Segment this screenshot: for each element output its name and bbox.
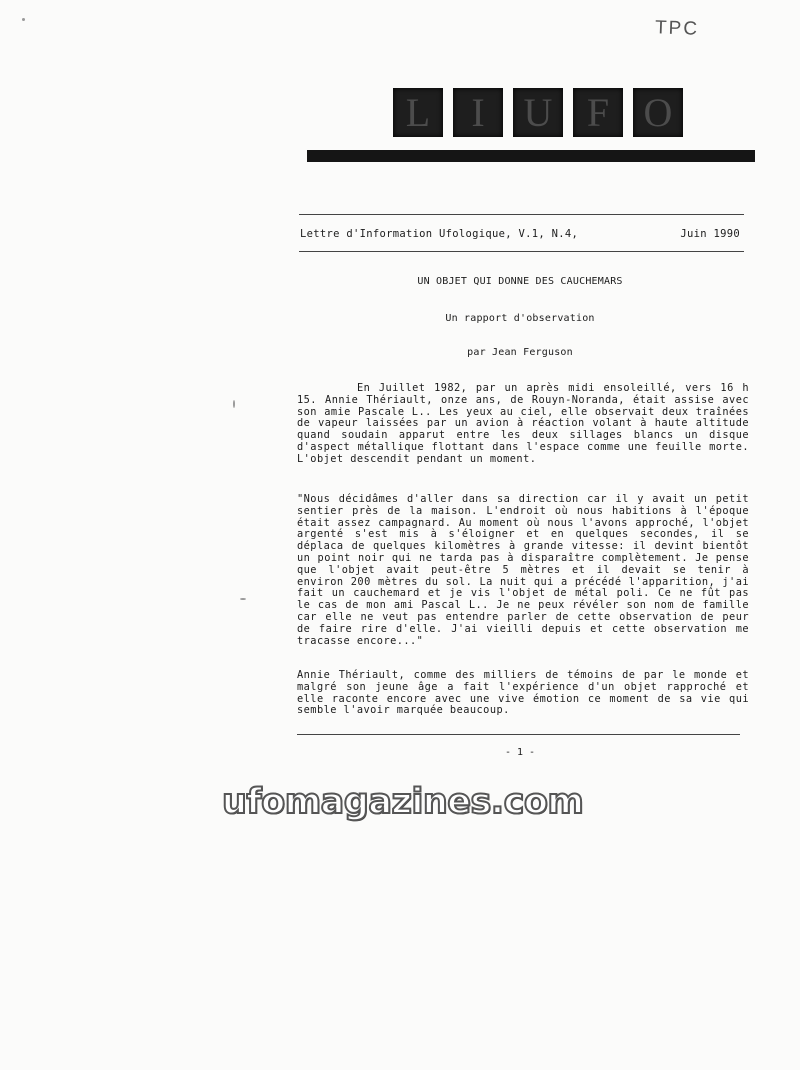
newsletter-logo: L I U F O xyxy=(393,88,683,137)
issue-date: Juin 1990 xyxy=(680,228,740,240)
banner-bar xyxy=(307,150,755,162)
logo-letter: U xyxy=(513,88,563,137)
publication-name: Lettre d'Information Ufologique, V.1, N.… xyxy=(300,228,578,240)
paragraph: "Nous décidâmes d'aller dans sa directio… xyxy=(297,494,749,647)
watermark: ufomagazines.com xyxy=(222,782,583,822)
logo-letter: O xyxy=(633,88,683,137)
logo-letter: L xyxy=(393,88,443,137)
paragraph: En Juillet 1982, par un après midi ensol… xyxy=(297,383,749,466)
article-byline: par Jean Ferguson xyxy=(300,347,740,358)
page-number: - 1 - xyxy=(300,747,740,758)
scan-speck xyxy=(233,400,235,408)
article-subtitle: Un rapport d'observation xyxy=(300,313,740,324)
divider xyxy=(299,214,744,215)
divider xyxy=(299,251,744,252)
scan-speck xyxy=(22,18,25,21)
divider xyxy=(297,734,740,735)
issue-header: Lettre d'Information Ufologique, V.1, N.… xyxy=(300,228,740,240)
handwritten-annotation: TPC xyxy=(655,17,700,41)
paragraph: Annie Thériault, comme des milliers de t… xyxy=(297,670,749,717)
article-title: UN OBJET QUI DONNE DES CAUCHEMARS xyxy=(300,276,740,287)
logo-letter: F xyxy=(573,88,623,137)
logo-letter: I xyxy=(453,88,503,137)
scan-speck xyxy=(240,598,246,600)
